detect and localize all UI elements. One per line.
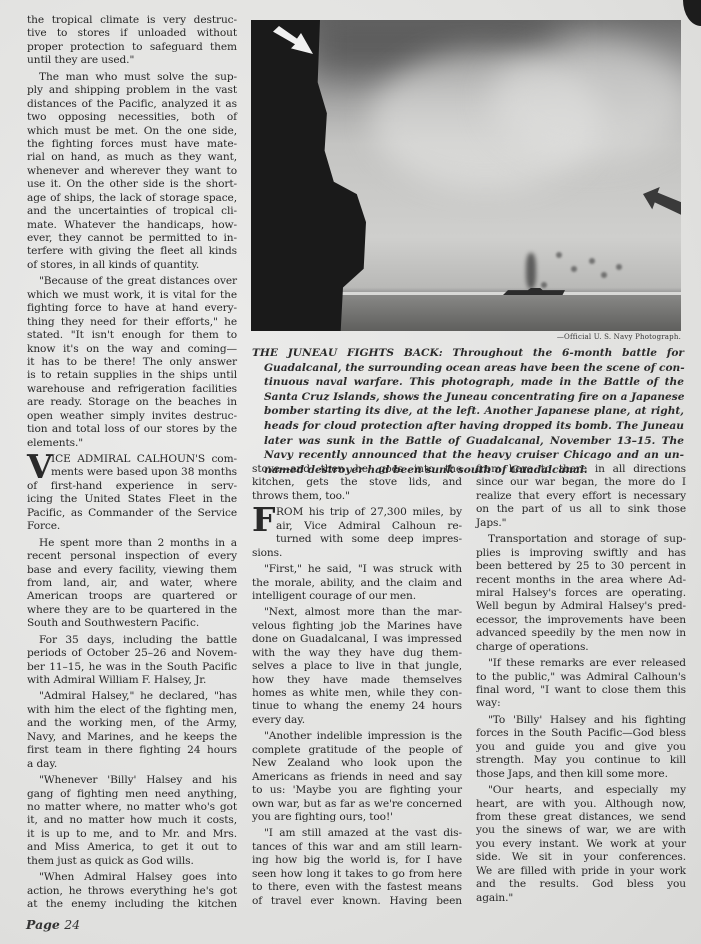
text-line: from here to there in all directions (476, 463, 686, 476)
text-line: warehouse and refrigeration facilities (27, 383, 237, 396)
flak-burst (556, 252, 562, 258)
caption-line: Navy recently announced that the heavy c… (252, 448, 684, 463)
text-line: from land, air, and water, where (27, 577, 237, 590)
text-line: ber 11–15, he was in the South Pacific (27, 661, 237, 674)
text-line: base and every facility, viewing them (27, 564, 237, 577)
text-line: thing they need for their efforts," he (27, 316, 237, 329)
text-line: ments were based upon 38 months (27, 466, 237, 479)
text-line: to there, even with the fastest means (252, 881, 462, 894)
text-line: stated. "It isn't enough for them to (27, 329, 237, 342)
text-line: "To 'Billy' Halsey and his fighting (476, 714, 686, 727)
text-line: where they are to be quartered in the (27, 604, 237, 617)
text-line: selves a place to live in that jungle, (252, 660, 462, 673)
text-line: distances of the Pacific, analyzed it as (27, 98, 237, 111)
text-line: every day. (252, 714, 462, 727)
navy-photograph (251, 20, 681, 331)
text-line: again." (476, 892, 686, 905)
text-line: homes as white men, while they con- (252, 687, 462, 700)
text-line: Americans as friends in need and say (252, 771, 462, 784)
text-line: on the part of us all to sink those (476, 503, 686, 516)
text-line: tances of this war and am still learn- (252, 841, 462, 854)
text-line: American troops are quartered or (27, 590, 237, 603)
text-line: New Zealand who look upon the (252, 757, 462, 770)
paragraph: the tropical climate is very destruc-tiv… (27, 14, 237, 68)
text-line: "When Admiral Halsey goes into (27, 871, 237, 884)
text-line: stove—and then he goes into the (252, 463, 462, 476)
flak-burst (601, 272, 607, 278)
page-label: Page (26, 917, 60, 932)
text-line: you are fighting ours, too!' (252, 811, 462, 824)
caption-line: heads for cloud protection after having … (252, 419, 684, 434)
text-line: two opposing necessities, both of (27, 111, 237, 124)
text-line: charge of operations. (476, 641, 686, 654)
text-line: ply and shipping problem in the vast (27, 84, 237, 97)
text-line: side. We sit in your conferences. (476, 851, 686, 864)
text-line: final word, "I want to close them this (476, 684, 686, 697)
page-number-value: 24 (64, 917, 80, 932)
text-line: Force. (27, 520, 237, 533)
text-line: proper protection to safeguard them (27, 41, 237, 54)
paragraph: "When Admiral Halsey goes intoaction, he… (27, 871, 237, 911)
text-line: since our war began, the more do I (476, 476, 686, 489)
text-line: miral Halsey's forces are operating. (476, 587, 686, 600)
text-line: "Whenever 'Billy' Halsey and his (27, 774, 237, 787)
text-line: no matter where, no matter who's got (27, 801, 237, 814)
caption-line: tinuous naval warfare. This photograph, … (252, 375, 684, 390)
paragraph: from here to there in all directionssinc… (476, 463, 686, 530)
text-line: tion and total loss of our stores by the (27, 423, 237, 436)
text-line: He spent more than 2 months in a (27, 537, 237, 550)
photo-credit: —Official U. S. Navy Photograph. (557, 333, 681, 341)
text-line: kitchen, gets the stove lids, and (252, 476, 462, 489)
text-line: "Another indelible impression is the (252, 730, 462, 743)
text-line: you and guide you and give you (476, 741, 686, 754)
text-line: Well begun by Admiral Halsey's pred- (476, 600, 686, 613)
text-line: ICE ADMIRAL CALHOUN'S com- (27, 453, 237, 466)
text-line: way: (476, 697, 686, 710)
text-line: rial on hand, as much as they want, (27, 151, 237, 164)
text-line: to the public," was Admiral Calhoun's (476, 671, 686, 684)
text-line: recent months in the area where Ad- (476, 574, 686, 587)
text-line: sions. (252, 547, 462, 560)
text-line: it, and no matter how much it costs, (27, 814, 237, 827)
text-line: the fighting forces must have mate- (27, 138, 237, 151)
text-line: velous fighting job the Marines have (252, 620, 462, 633)
text-line: which must be met. On the one side, (27, 125, 237, 138)
text-line: terfere with giving the fleet all kinds (27, 245, 237, 258)
paragraph: "Our hearts, and especially myheart, are… (476, 784, 686, 905)
text-line: "Admiral Halsey," he declared, "has (27, 690, 237, 703)
text-line: them just as quick as God wills. (27, 855, 237, 868)
paragraph: "First," he said, "I was struck withthe … (252, 563, 462, 603)
text-line: it is up to me, and to Mr. and Mrs. (27, 828, 237, 841)
caption-line: Guadalcanal, the surrounding ocean areas… (252, 361, 684, 376)
text-line: turned with some deep impres- (252, 533, 462, 546)
paragraph: "Whenever 'Billy' Halsey and hisgang of … (27, 774, 237, 868)
text-line: gang of fighting men need anything, (27, 788, 237, 801)
text-line: know it's on the way and coming— (27, 343, 237, 356)
caption-line: Santa Cruz Islands, shows the Juneau con… (252, 390, 684, 405)
text-line: "Our hearts, and especially my (476, 784, 686, 797)
text-line: ing how big the world is, for I have (252, 854, 462, 867)
dark-arrow-icon (643, 187, 681, 215)
text-line: and the uncertainties of tropical cli- (27, 205, 237, 218)
text-line: the tropical climate is very destruc- (27, 14, 237, 27)
text-line: action, he throws everything he's got (27, 885, 237, 898)
text-line: "I am still amazed at the vast dis- (252, 827, 462, 840)
text-line: until they are used." (27, 54, 237, 67)
text-line: heart, are with you. Although now, (476, 798, 686, 811)
text-line: how they have made themselves (252, 674, 462, 687)
page-number: Page 24 (26, 917, 80, 932)
text-line: of travel ever known. Having been (252, 895, 462, 908)
caption-line: later was sunk in the Battle of Guadalca… (252, 434, 684, 449)
text-line: you every instant. We work at your (476, 838, 686, 851)
text-line: age of ships, the lack of storage space, (27, 192, 237, 205)
text-line: Japs." (476, 517, 686, 530)
text-line: of stores, in all kinds of quantity. (27, 259, 237, 272)
text-line: ever, they cannot be permitted to in- (27, 232, 237, 245)
text-line: you the sinews of war, we are with (476, 824, 686, 837)
paragraph: "To 'Billy' Halsey and his fightingforce… (476, 714, 686, 781)
text-line: "Because of the great distances over (27, 275, 237, 288)
paragraph: The man who must solve the sup-ply and s… (27, 71, 237, 273)
text-line: those Japs, and then kill some more. (476, 768, 686, 781)
drop-cap: F (252, 505, 275, 535)
text-line: Pacific, as Commander of the Service (27, 507, 237, 520)
text-line: own war, but as far as we're concerned (252, 798, 462, 811)
paragraph: stove—and then he goes into thekitchen, … (252, 463, 462, 503)
text-line: of first-hand experience in serv- (27, 480, 237, 493)
text-line: South and Southwestern Pacific. (27, 617, 237, 630)
caption-line: THE JUNEAU FIGHTS BACK: Throughout the 6… (252, 346, 684, 361)
text-line: with the way they have dug them- (252, 647, 462, 660)
text-line: complete gratitude of the people of (252, 744, 462, 757)
text-line: and Miss America, to get it out to (27, 841, 237, 854)
text-line: Transportation and storage of sup- (476, 533, 686, 546)
text-line: done on Guadalcanal, I was impressed (252, 633, 462, 646)
text-line: strength. May you continue to kill (476, 754, 686, 767)
cloud (491, 40, 681, 160)
paragraph: He spent more than 2 months in arecent p… (27, 537, 237, 631)
text-line: use it. On the other side is the short- (27, 178, 237, 191)
text-line: with him the elect of the fighting men, (27, 704, 237, 717)
article-column-2: stove—and then he goes into thekitchen, … (252, 463, 462, 908)
flak-burst (616, 264, 622, 270)
paragraph: VICE ADMIRAL CALHOUN'S com-ments were ba… (27, 453, 237, 534)
paragraph: "Next, almost more than the mar-velous f… (252, 606, 462, 727)
text-line: icing the United States Fleet in the (27, 493, 237, 506)
text-line: fighting force to have at hand every- (27, 302, 237, 315)
text-line: For 35 days, including the battle (27, 634, 237, 647)
text-line: elements." (27, 437, 237, 450)
text-line: realize that every effort is necessary (476, 490, 686, 503)
photo-caption: THE JUNEAU FIGHTS BACK: Throughout the 6… (252, 346, 684, 477)
text-line: ROM his trip of 27,300 miles, by (252, 506, 462, 519)
article-column-3: from here to there in all directionssinc… (476, 463, 686, 905)
text-line: whenever and wherever they want to (27, 165, 237, 178)
text-line: seen how long it takes to go from here (252, 868, 462, 881)
article-column-1: the tropical climate is very destruc-tiv… (27, 14, 237, 911)
text-line: it has to be there! The only answer (27, 356, 237, 369)
text-line: ecessor, the improvements have been (476, 614, 686, 627)
text-line: with Admiral William F. Halsey, Jr. (27, 674, 237, 687)
text-line: mate. Whatever the handicaps, how- (27, 219, 237, 232)
flak-burst (571, 266, 577, 272)
cruiser-juneau (503, 288, 565, 295)
paragraph: "Because of the great distances overwhic… (27, 275, 237, 450)
text-line: open weather simply invites destruc- (27, 410, 237, 423)
text-line: intelligent courage of our men. (252, 590, 462, 603)
text-line: "First," he said, "I was struck with (252, 563, 462, 576)
text-line: throws them, too." (252, 490, 462, 503)
text-line: forces in the South Pacific—God bless (476, 727, 686, 740)
drop-cap: V (27, 452, 53, 482)
text-line: to us: 'Maybe you are fighting your (252, 784, 462, 797)
text-line: advanced speedily by the men now in (476, 627, 686, 640)
text-line: from these great distances, we send (476, 811, 686, 824)
paragraph: "If these remarks are ever releasedto th… (476, 657, 686, 711)
text-line: tinue to whang the enemy 24 hours (252, 700, 462, 713)
text-line: and the results. God bless you (476, 878, 686, 891)
text-line: Navy, and Marines, and he keeps the (27, 731, 237, 744)
smoke-plume (526, 253, 536, 289)
paragraph: FROM his trip of 27,300 miles, byair, Vi… (252, 506, 462, 560)
text-line: been bettered by 25 to 30 percent in (476, 560, 686, 573)
text-line: at the enemy including the kitchen (27, 898, 237, 911)
flak-burst (589, 258, 595, 264)
flak-burst (541, 282, 547, 288)
text-line: and the working men, of the Army, (27, 717, 237, 730)
paragraph: "Admiral Halsey," he declared, "haswith … (27, 690, 237, 771)
text-line: air, Vice Admiral Calhoun re- (252, 520, 462, 533)
scan-edge-corner (683, 0, 701, 26)
text-line: "Next, almost more than the mar- (252, 606, 462, 619)
paragraph: "Another indelible impression is thecomp… (252, 730, 462, 824)
text-line: The man who must solve the sup- (27, 71, 237, 84)
caption-title: THE JUNEAU FIGHTS BACK: (252, 347, 443, 359)
caption-line: bomber starting its dive, at the left. A… (252, 404, 684, 419)
paragraph: For 35 days, including the battleperiods… (27, 634, 237, 688)
paragraph: "I am still amazed at the vast dis-tance… (252, 827, 462, 908)
text-line: periods of October 25–26 and Novem- (27, 647, 237, 660)
text-line: the morale, ability, and the claim and (252, 577, 462, 590)
paragraph: Transportation and storage of sup-plies … (476, 533, 686, 654)
text-line: plies is improving swiftly and has (476, 547, 686, 560)
text-line: We are filled with pride in your work (476, 865, 686, 878)
text-line: is to retain supplies in the ships until (27, 369, 237, 382)
text-line: first team in there fighting 24 hours (27, 744, 237, 757)
text-line: which we must work, it is vital for the (27, 289, 237, 302)
text-line: recent personal inspection of every (27, 550, 237, 563)
text-line: tive to stores if unloaded without (27, 27, 237, 40)
text-line: are ready. Storage on the beaches in (27, 396, 237, 409)
text-line: "If these remarks are ever released (476, 657, 686, 670)
text-line: a day. (27, 758, 237, 771)
